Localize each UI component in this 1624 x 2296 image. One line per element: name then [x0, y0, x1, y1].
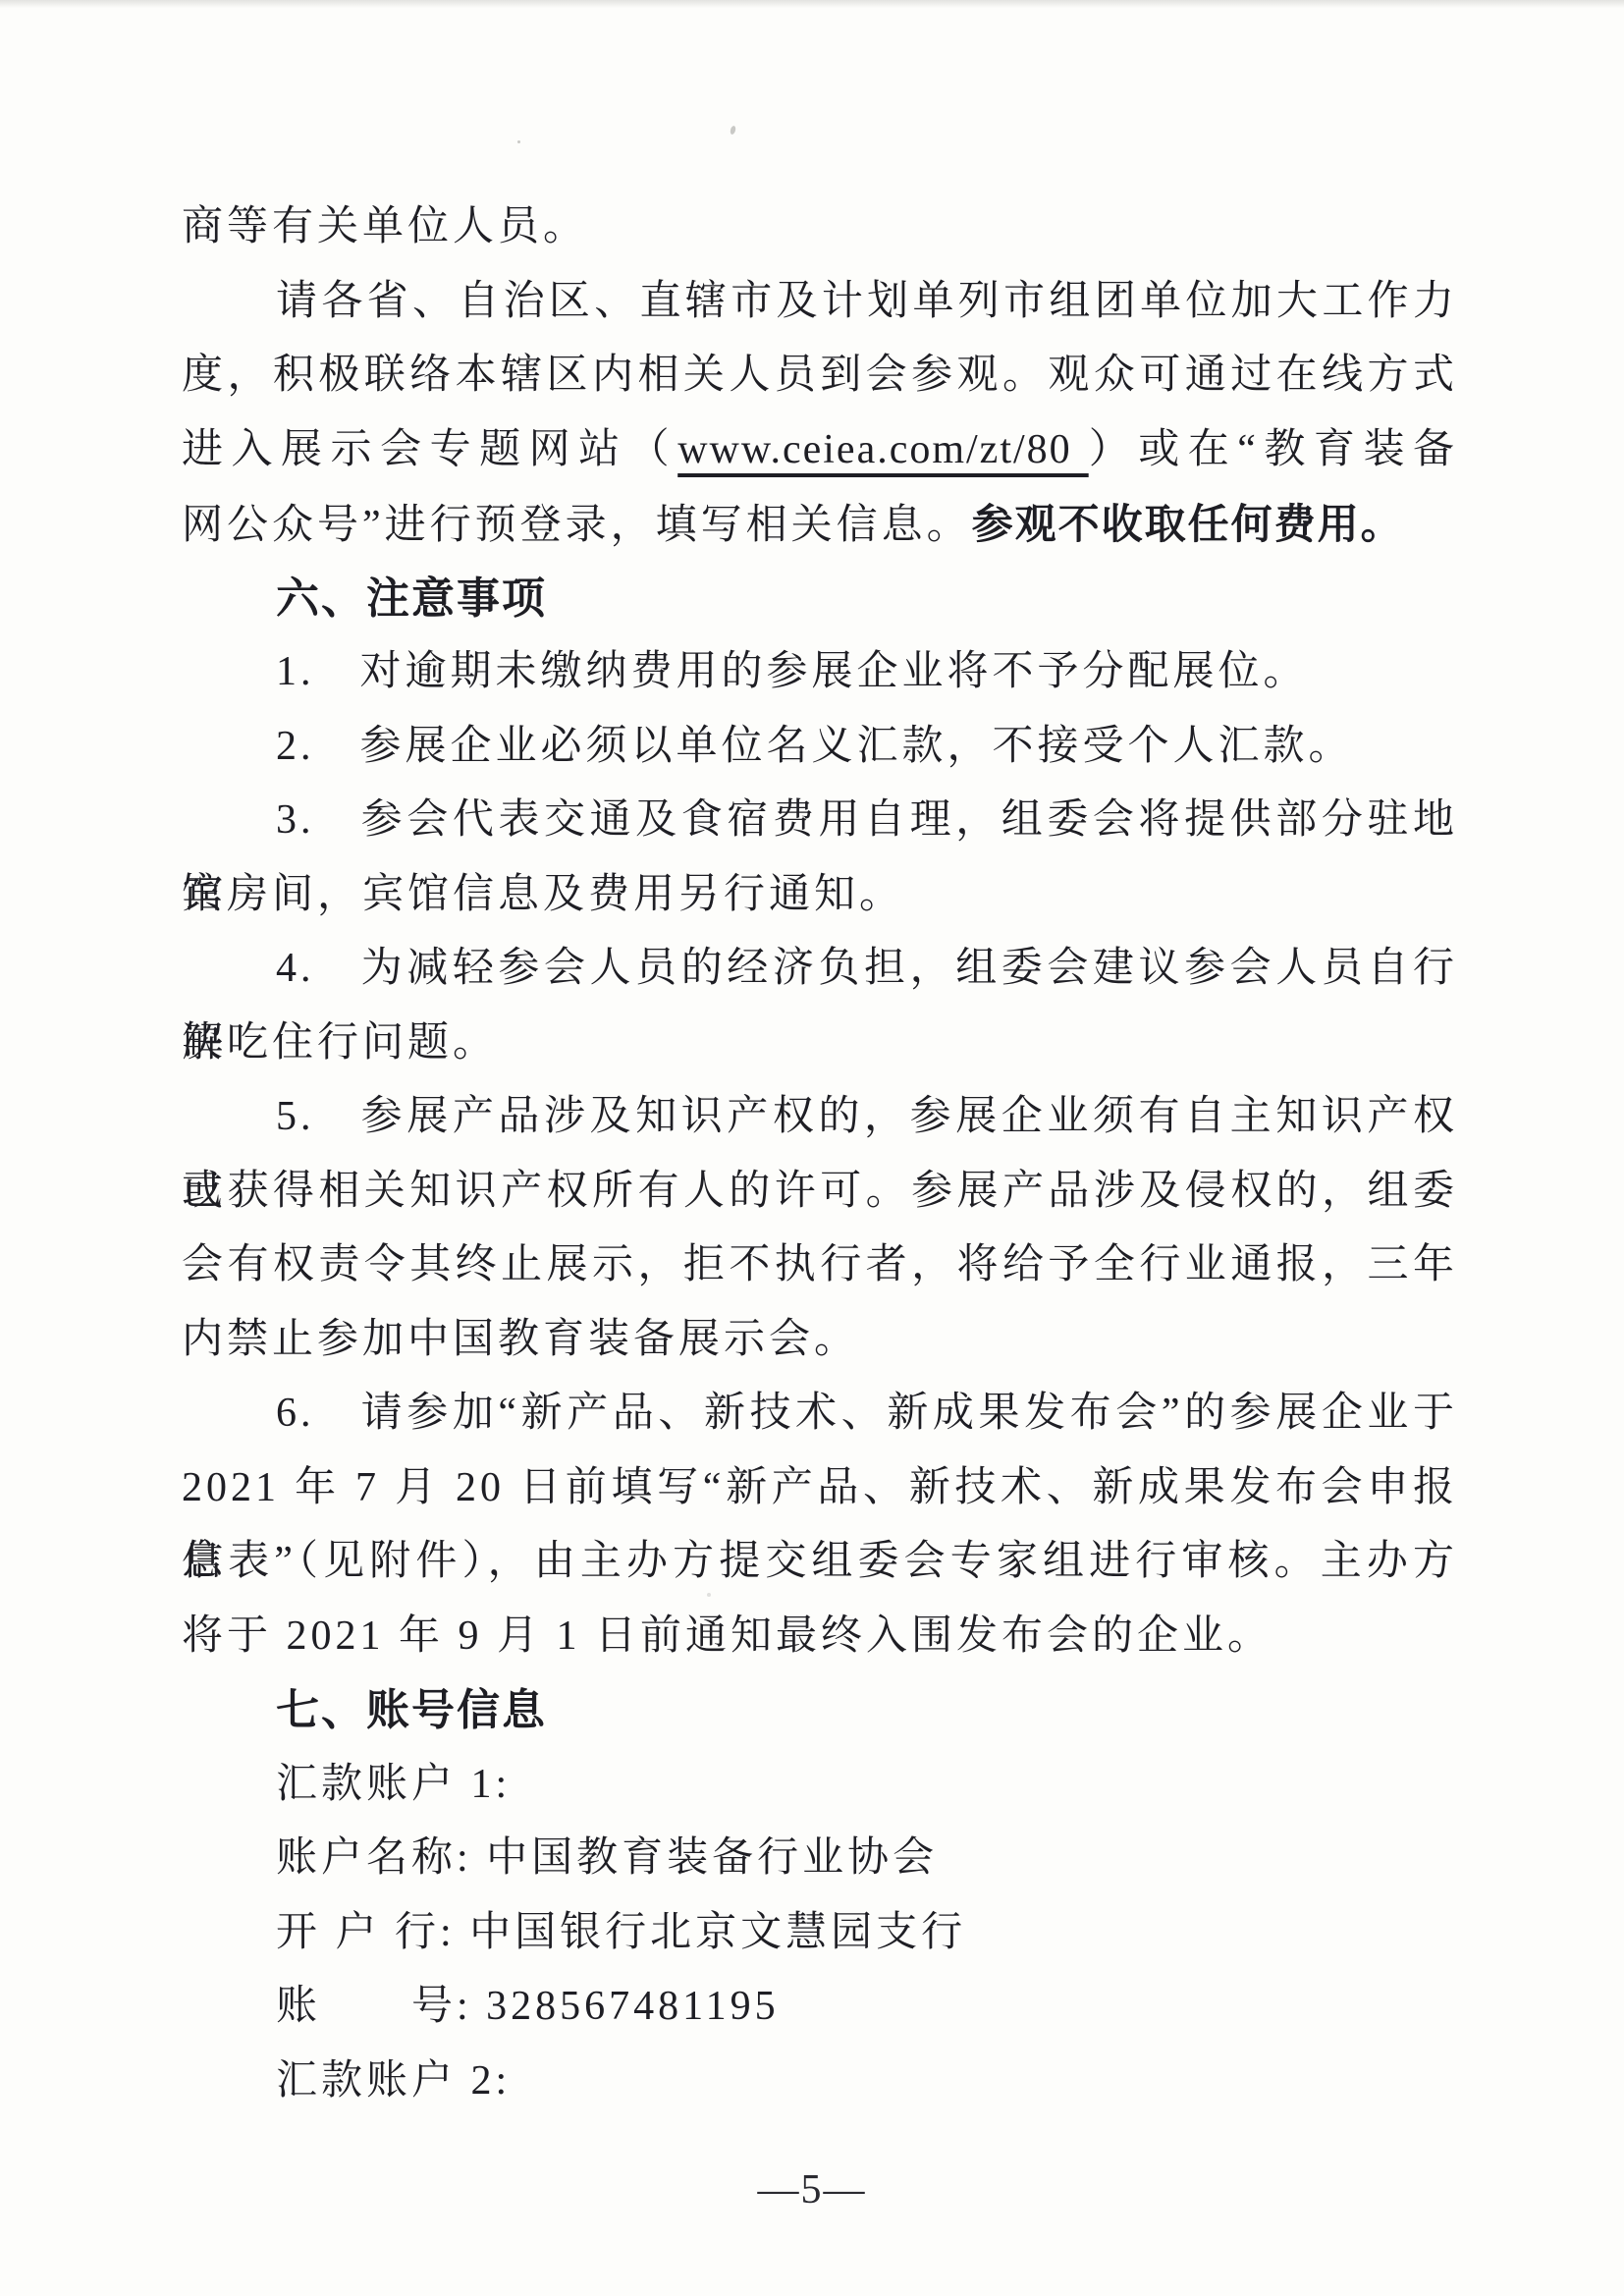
list-item-4-line-2: 决吃住行问题。	[182, 1007, 1458, 1081]
no-fee-bold-text: 参观不收取任何费用。	[972, 501, 1404, 547]
remit-account-2-label: 汇款账户 2:	[182, 2045, 1458, 2119]
body-line: 请各省、自治区、直辖市及计划单列市组团单位加大工作力	[182, 265, 1458, 340]
body-text: 进入展示会专题网站（	[182, 427, 677, 472]
list-item-5-line-3: 会有权责令其终止展示，拒不执行者，将给予全行业通报，三年	[182, 1229, 1458, 1303]
account-name-line: 账户名称: 中国教育装备行业协会	[182, 1822, 1458, 1896]
list-item-5-line-4: 内禁止参加中国教育装备展示会。	[182, 1303, 1458, 1378]
body-line-with-url: 进入展示会专题网站（www.ceiea.com/zt/80 ）或在“教育装备	[182, 413, 1458, 488]
list-item-6-line-1: 6. 请参加“新产品、新技术、新成果发布会”的参展企业于	[182, 1377, 1458, 1451]
page-content: 商等有关单位人员。 请各省、自治区、直辖市及计划单列市组团单位加大工作力 度，积…	[182, 191, 1458, 2118]
section-heading-notes: 六、注意事项	[182, 562, 1458, 636]
scan-edge-shadow	[0, 0, 1624, 8]
page-number: —5—	[0, 2166, 1624, 2214]
body-text: ）或在“教育装备	[1089, 427, 1458, 472]
list-item-6-line-2: 2021 年 7 月 20 日前填写“新产品、新技术、新成果发布会申报信	[182, 1451, 1458, 1526]
document-page: 商等有关单位人员。 请各省、自治区、直辖市及计划单列市组团单位加大工作力 度，积…	[0, 0, 1624, 2296]
bank-branch-line: 开 户 行: 中国银行北京文慧园支行	[182, 1896, 1458, 1971]
section-heading-account: 七、账号信息	[182, 1673, 1458, 1748]
list-item-6-line-3: 息表”（见附件），由主办方提交组委会专家组进行审核。主办方	[182, 1525, 1458, 1600]
list-item-5-line-2: 已获得相关知识产权所有人的许可。参展产品涉及侵权的，组委	[182, 1155, 1458, 1230]
remit-account-1-label: 汇款账户 1:	[182, 1748, 1458, 1823]
list-item-6-line-4: 将于 2021 年 9 月 1 日前通知最终入围发布会的企业。	[182, 1600, 1458, 1674]
account-number-line: 账 号: 328567481195	[182, 1970, 1458, 2045]
list-item-2: 2. 参展企业必须以单位名义汇款，不接受个人汇款。	[182, 710, 1458, 785]
list-item-3-line-1: 3. 参会代表交通及食宿费用自理，组委会将提供部分驻地宾	[182, 784, 1458, 858]
exhibition-website-url: www.ceiea.com/zt/80	[677, 427, 1088, 472]
body-line-with-bold: 网公众号”进行预登录，填写相关信息。参观不收取任何费用。	[182, 487, 1458, 562]
body-line: 度，积极联络本辖区内相关人员到会参观。观众可通过在线方式	[182, 339, 1458, 413]
scan-speck	[730, 126, 736, 136]
scan-speck	[517, 140, 520, 143]
continued-paragraph-line: 商等有关单位人员。	[182, 191, 1458, 265]
list-item-3-line-2: 馆房间，宾馆信息及费用另行通知。	[182, 858, 1458, 933]
list-item-5-line-1: 5. 参展产品涉及知识产权的，参展企业须有自主知识产权或	[182, 1080, 1458, 1155]
body-text: 网公众号”进行预登录，填写相关信息。	[182, 503, 972, 548]
list-item-1: 1. 对逾期未缴纳费用的参展企业将不予分配展位。	[182, 635, 1458, 710]
list-item-4-line-1: 4. 为减轻参会人员的经济负担，组委会建议参会人员自行解	[182, 932, 1458, 1007]
